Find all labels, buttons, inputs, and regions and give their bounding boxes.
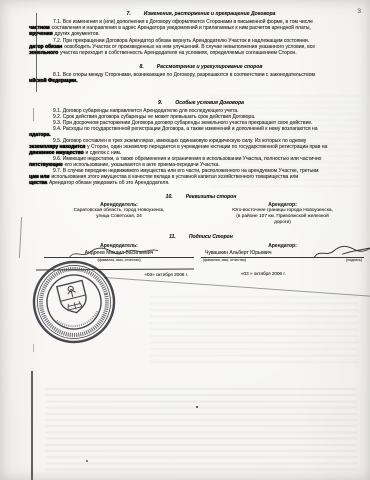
scan-edge-line [31, 371, 33, 480]
scan-fold-line [104, 277, 370, 297]
requisites-lessee: Арендатор: Юго-восточнее границы города … [201, 202, 364, 226]
p95-line2-text: у Сторон, один экземпляр передается в уч… [87, 144, 327, 150]
requisites-lessee-line3: дороги) [201, 220, 364, 226]
signature-lessee-label: Арендатор: [201, 243, 364, 249]
requisites-lessor: Арендодатель: Саратовская область, город… [44, 202, 194, 226]
signature-lessee-name: Чувашкин Альберт Юрьевич [201, 250, 364, 258]
signature-lessor-label: Арендодатель: [44, 243, 194, 249]
signature-lessee-sign-caption: (подпись) [346, 258, 362, 263]
section-8-title: Рассмотрение и урегулирование споров [157, 64, 263, 70]
section-11-title: Подписи Сторон [189, 234, 233, 240]
section-8-number: 8. [140, 64, 144, 70]
p96-line2-smudge: пятствующие [29, 162, 65, 168]
p72-line3-smudge: земельного [29, 50, 60, 56]
requisites-lessor-line2: улица Советская, 24 [44, 214, 194, 220]
section-10-number: 10. [166, 194, 173, 200]
p97-line3: ществаАрендатор обязан уведомить об это … [38, 180, 364, 186]
p97-line3-smudge: щества [29, 180, 49, 186]
scan-speck [196, 406, 198, 408]
section-9-title: Особые условия Договора [175, 100, 244, 106]
section-10-title: Реквизиты сторон [186, 194, 237, 200]
section-11-heading: 11.Подписи Сторон [38, 234, 364, 240]
requisites-columns: Арендодатель: Саратовская область, город… [38, 202, 364, 226]
section-9-heading: 9.Особые условия Договора [38, 100, 364, 106]
p97-line3-text: Арендатор обязан уведомить об это Арендо… [49, 180, 169, 186]
p81-line2: ийской Федерации. [38, 78, 364, 84]
section-10-heading: 10.Реквизиты сторон [38, 194, 364, 200]
p72-line3-text: участка переходит в собственность Арендо… [60, 50, 297, 56]
p71-line3-text: других документов. [55, 31, 100, 37]
signature-lessee: Арендатор: Чувашкин Альберт Юрьевич (фам… [201, 243, 364, 279]
scanned-contract-page: 3 7.Изменения, расторжение и прекращение… [0, 0, 370, 480]
section-11-number: 11. [169, 234, 176, 240]
p95-line2: экземпляру находитсяу Сторон, один экзем… [38, 144, 364, 150]
scan-edge-mark [19, 217, 22, 258]
signature-lessee-caption: (фамилия, имя, отчество) [203, 258, 246, 263]
section-9-number: 9. [158, 100, 162, 106]
section-7-title: Изменения, расторжение и прекращение Дог… [144, 11, 276, 17]
p94-line1: 9.4. Расходы по государственной регистра… [38, 126, 364, 132]
section-7-number: 7. [127, 11, 131, 17]
scan-edge-mark [33, 108, 34, 121]
bleedthrough-overlay [45, 388, 357, 474]
bleedthrough-overlay [150, 296, 358, 364]
p72-line3: земельногоучастка переходит в собственно… [38, 50, 364, 56]
p94-line2-smudge: ндатора. [29, 132, 53, 138]
p95-line3-smudge: движимое имущество [29, 150, 86, 156]
p71-line3: вручениядругих документов. [38, 31, 364, 37]
scan-edge-line [36, 13, 37, 92]
official-round-seal-icon [26, 254, 122, 350]
section-8-heading: 8.Рассмотрение и урегулирование споров [38, 64, 364, 70]
section-7-heading: 7.Изменения, расторжение и прекращение Д… [38, 11, 364, 17]
p71-line3-smudge: вручения [29, 31, 55, 37]
contract-text: 7.Изменения, расторжение и прекращение Д… [38, 9, 364, 278]
scan-speck [86, 460, 88, 462]
signature-lessee-date: «03 » октября 2006 г. [201, 271, 364, 277]
